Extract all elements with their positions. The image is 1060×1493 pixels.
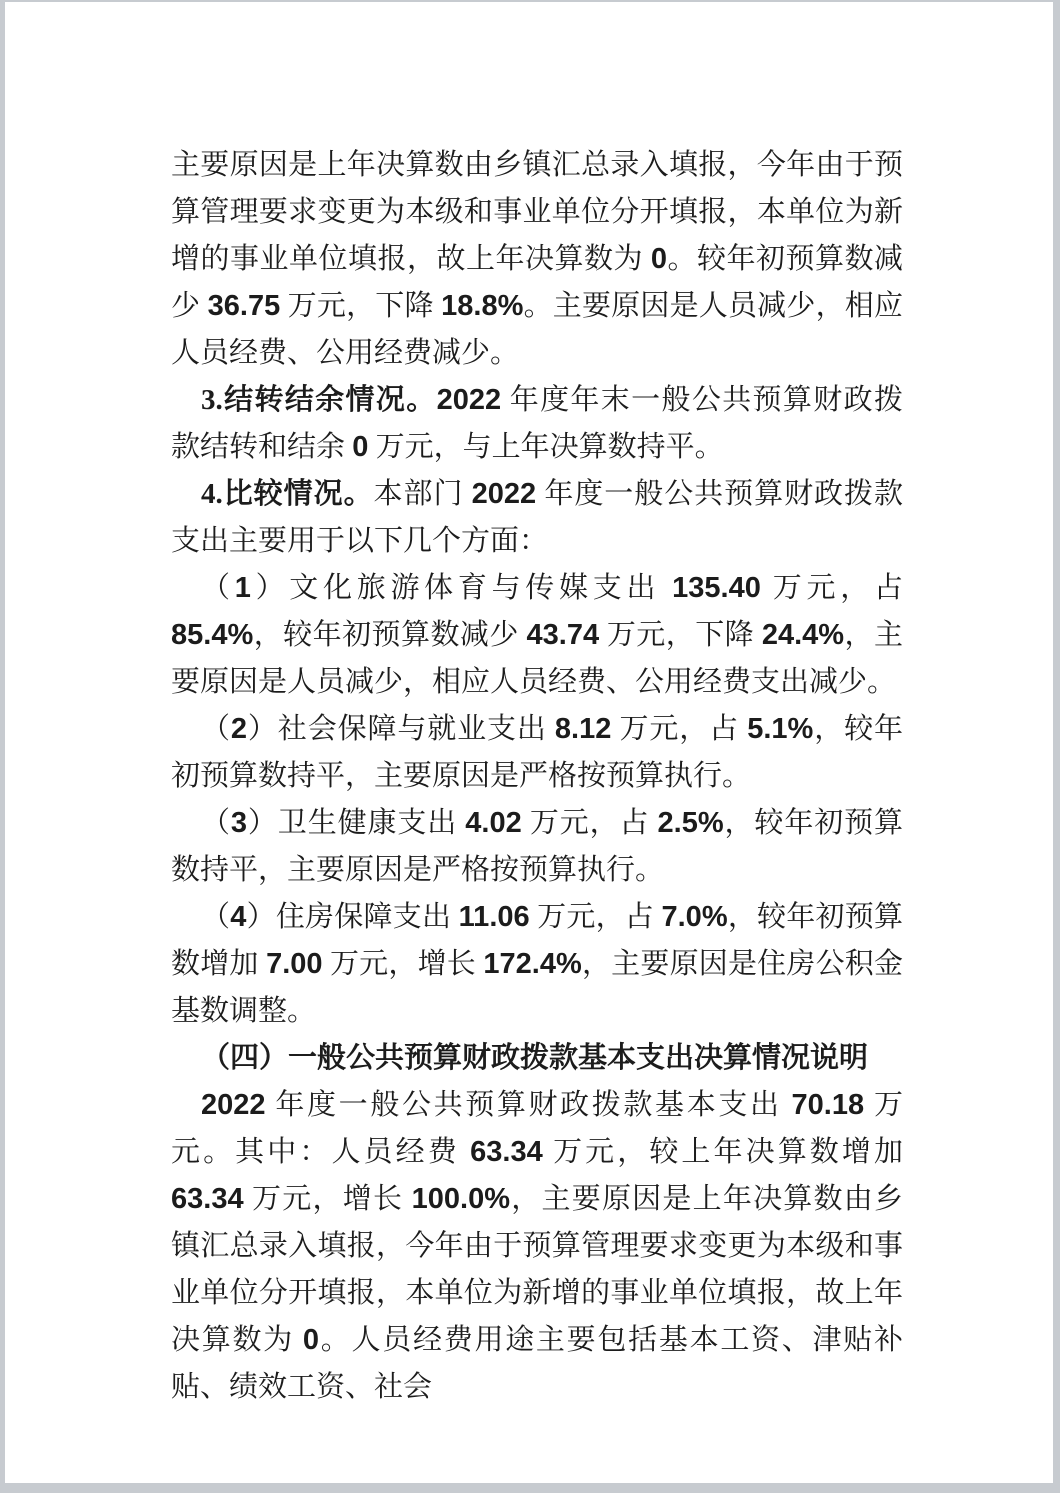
paragraph-basic-expenditure-detail: 2022 年度一般公共预算财政拨款基本支出 70.18 万元。其中：人员经费 6… — [171, 1082, 903, 1411]
number-run: 63.34 — [470, 1136, 543, 1168]
number-run: 0 — [303, 1324, 319, 1356]
text-run: 万元，与上年决算数持平。 — [368, 431, 723, 463]
number-run: 8.12 — [555, 713, 611, 745]
paragraph-comparison: 4.比较情况。本部门 2022 年度一般公共预算财政拨款支出主要用于以下几个方面… — [171, 471, 903, 565]
number-run: 172.4% — [483, 948, 581, 980]
text-run: （ — [201, 807, 231, 839]
page-background: 主要原因是上年决算数由乡镇汇总录入填报，今年由于预算管理要求变更为本级和事业单位… — [0, 0, 1060, 1493]
text-run: 万元，占 — [611, 713, 747, 745]
text-run: 年度一般公共预算财政拨款基本支出 — [266, 1089, 792, 1121]
number-run: 7.0% — [662, 901, 728, 933]
document-page: 主要原因是上年决算数由乡镇汇总录入填报，今年由于预算管理要求变更为本级和事业单位… — [5, 2, 1053, 1483]
text-run: ）卫生健康支出 — [247, 807, 465, 839]
number-run: 3 — [231, 807, 247, 839]
number-run: 0 — [352, 431, 368, 463]
text-run: （ — [201, 572, 235, 604]
bold-text-run: 4.比较情况。 — [201, 478, 374, 510]
number-run: 18.8% — [441, 290, 523, 322]
paragraph-carryover-balance: 3.结转结余情况。2022 年度年末一般公共预算财政拨款结转和结余 0 万元，与… — [171, 377, 903, 471]
text-run: 万元，占 — [522, 807, 658, 839]
text-run: 本部门 — [374, 478, 472, 510]
number-run: 43.74 — [527, 619, 600, 651]
paragraph-item-4-housing: （4）住房保障支出 11.06 万元，占 7.0%，较年初预算数增加 7.00 … — [171, 894, 903, 1035]
number-run: 1 — [235, 572, 251, 604]
text-run: 万元，占 — [761, 572, 910, 604]
bold-text-run: 3.结转结余情况。 — [201, 384, 437, 416]
text-run: 万元，占 — [530, 901, 662, 933]
text-run: ）社会保障与就业支出 — [247, 713, 555, 745]
text-run: 万元，较上年决算数增加 — [543, 1136, 911, 1168]
paragraph-item-2-social-security: （2）社会保障与就业支出 8.12 万元，占 5.1%，较年初预算数持平，主要原… — [171, 706, 903, 800]
number-run: 2 — [231, 713, 247, 745]
number-run: 70.18 — [792, 1089, 865, 1121]
text-run: 万元，下降 — [280, 290, 441, 322]
number-run: 36.75 — [208, 290, 281, 322]
number-run: 100.0% — [412, 1183, 510, 1215]
number-run: 63.34 — [171, 1183, 244, 1215]
text-run: （ — [201, 713, 231, 745]
number-run: 135.40 — [672, 572, 761, 604]
text-run: ）文化旅游体育与传媒支出 — [251, 572, 672, 604]
bold-text-run: （四）一般公共预算财政拨款基本支出决算情况说明 — [201, 1042, 868, 1074]
paragraph-item-3-health: （3）卫生健康支出 4.02 万元，占 2.5%，较年初预算数持平，主要原因是严… — [171, 800, 903, 894]
text-run: 万元，增长 — [323, 948, 484, 980]
text-run: ）住房保障支出 — [246, 901, 458, 933]
number-run: 2.5% — [658, 807, 724, 839]
paragraph-item-1-culture-tourism-media: （1）文化旅游体育与传媒支出 135.40 万元，占 85.4%，较年初预算数减… — [171, 565, 903, 706]
text-run: ，较年初预算数减少 — [253, 619, 526, 651]
number-run: 4.02 — [465, 807, 521, 839]
number-run: 5.1% — [747, 713, 813, 745]
number-run: 4 — [230, 901, 246, 933]
number-run: 2022 — [201, 1089, 266, 1121]
number-run: 24.4% — [762, 619, 844, 651]
number-run: 2022 — [472, 478, 537, 510]
document-body: 主要原因是上年决算数由乡镇汇总录入填报，今年由于预算管理要求变更为本级和事业单位… — [171, 142, 903, 1411]
number-run: 11.06 — [459, 901, 530, 933]
heading-basic-expenditure: （四）一般公共预算财政拨款基本支出决算情况说明 — [171, 1035, 903, 1082]
text-run: 万元，增长 — [244, 1183, 412, 1215]
text-run: （ — [201, 901, 230, 933]
paragraph-prev-continuation: 主要原因是上年决算数由乡镇汇总录入填报，今年由于预算管理要求变更为本级和事业单位… — [171, 142, 903, 377]
number-run: 85.4% — [171, 619, 253, 651]
number-run: 7.00 — [266, 948, 322, 980]
number-run: 0 — [651, 243, 667, 275]
number-run: 2022 — [437, 384, 502, 416]
text-run: 万元，下降 — [599, 619, 762, 651]
